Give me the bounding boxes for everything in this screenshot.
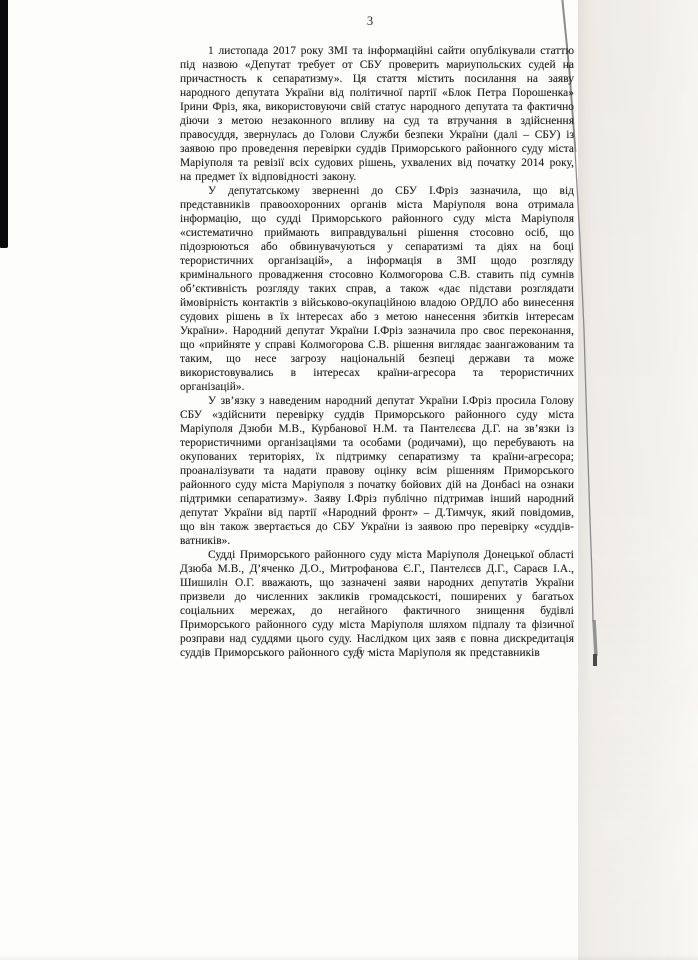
paragraph-sbu-request: У зв’язку з наведеним народний депутат У… <box>180 394 574 548</box>
paragraph-deputy-statement: У депутатському зверненні до СБУ І.Фріз … <box>180 184 574 394</box>
scan-bottom-edge-shadow <box>0 954 698 960</box>
scan-right-edge-band <box>578 0 698 960</box>
scanned-document-page: 3 1 листопада 2017 року ЗМІ та інформаці… <box>0 0 698 960</box>
document-body: 1 листопада 2017 року ЗМІ та інформаційн… <box>180 44 574 660</box>
page-number-top: 3 <box>180 14 560 29</box>
scan-black-bar-artifact <box>0 0 8 248</box>
paragraph-judges-position: Судді Приморського районного суду міста … <box>180 548 574 660</box>
paragraph-media-article: 1 листопада 2017 року ЗМІ та інформаційн… <box>180 44 574 184</box>
page-number-bottom: - 6 - <box>170 645 550 657</box>
